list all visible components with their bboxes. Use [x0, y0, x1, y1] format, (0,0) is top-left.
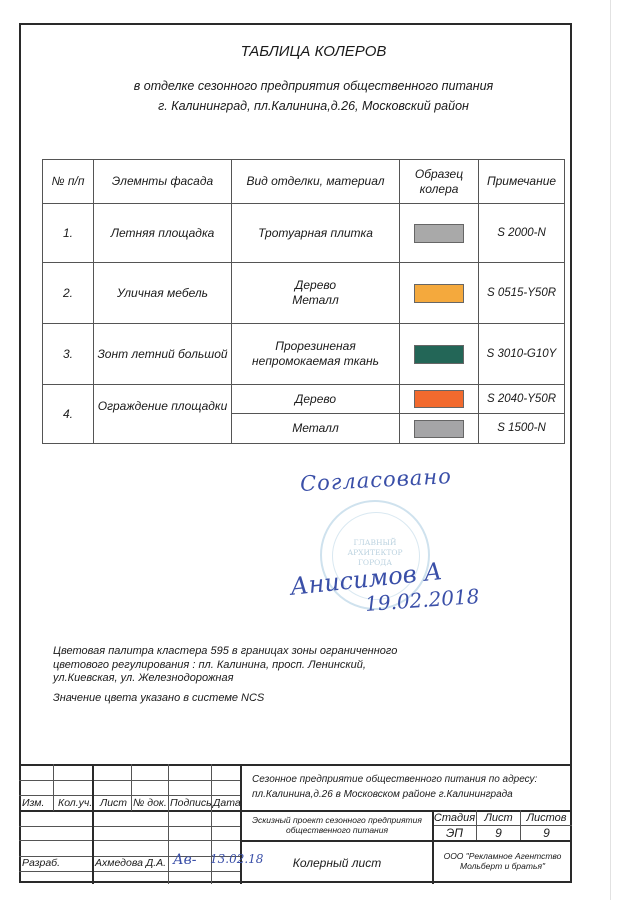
table-row: 2. Уличная мебель ДеревоМеталл S 0515-Y5…	[43, 263, 565, 324]
developer-name: Ахмедова Д.А.	[95, 857, 166, 869]
table-header-row: № п/п Элемнты фасада Вид отделки, матери…	[43, 160, 565, 204]
project-line2: пл.Калинина,д.26 в Московском районе г.К…	[252, 789, 513, 800]
header-note: Примечание	[479, 160, 565, 204]
color-swatch	[414, 390, 464, 408]
sheet-title: Колерный лист	[242, 856, 432, 870]
header-material: Вид отделки, материал	[232, 160, 400, 204]
col-signature: Подпись	[170, 797, 212, 809]
palette-note: Цветовая палитра кластера 595 в границах…	[53, 645, 413, 686]
sheet-value: 9	[477, 826, 520, 840]
table-row: 4. Ограждение площадки Дерево S 2040-Y50…	[43, 385, 565, 414]
col-date: Дата	[213, 797, 241, 809]
header-element: Элемнты фасада	[94, 160, 232, 204]
sheet-label: Лист	[477, 812, 520, 824]
color-table: № п/п Элемнты фасада Вид отделки, матери…	[42, 159, 565, 444]
company-name: ООО "Рекламное Агентство Мольберт и брат…	[433, 851, 572, 871]
document-title: ТАБЛИЦА КОЛЕРОВ	[0, 43, 627, 60]
col-doc-num: № док.	[133, 797, 167, 809]
design-title: Эскизный проект сезонного предприятия об…	[242, 815, 432, 835]
document-address: г. Калининград, пл.Калинина,д.26, Москов…	[0, 99, 627, 113]
developer-role: Разраб.	[22, 857, 60, 869]
stage-label: Стадия	[433, 812, 476, 824]
project-line1: Сезонное предприятие общественного питан…	[252, 774, 537, 785]
color-swatch	[414, 345, 464, 364]
header-num: № п/п	[43, 160, 94, 204]
ncs-note: Значение цвета указано в системе NCS	[53, 692, 264, 704]
table-row: 3. Зонт летний большой Прорезиненаянепро…	[43, 324, 565, 385]
color-swatch	[414, 224, 464, 243]
sheets-label: Листов	[521, 812, 572, 824]
document-subtitle: в отделке сезонного предприятия обществе…	[0, 79, 627, 93]
table-row: 1. Летняя площадка Тротуарная плитка S 2…	[43, 204, 565, 263]
color-swatch	[414, 420, 464, 438]
developer-signature: Ав-	[173, 852, 196, 868]
sheets-value: 9	[521, 826, 572, 840]
color-swatch	[414, 284, 464, 303]
col-kol-uch: Кол.уч.	[58, 797, 92, 809]
stage-value: ЭП	[433, 826, 476, 840]
header-sample: Образецколера	[400, 160, 479, 204]
scan-edge	[610, 0, 611, 900]
col-izm: Изм.	[22, 797, 44, 809]
drawing-frame	[19, 23, 572, 883]
col-list: Лист	[100, 797, 127, 809]
